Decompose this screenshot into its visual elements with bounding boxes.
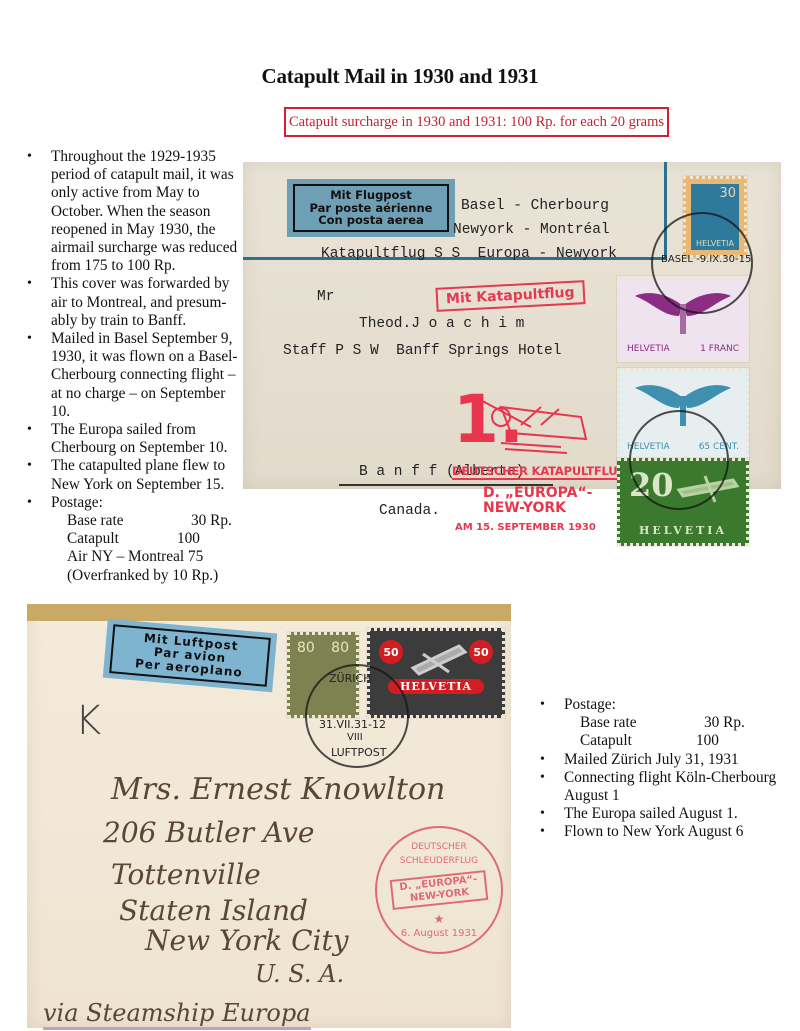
cachet-line: AM 15. SEPTEMBER 1930 [455, 522, 596, 533]
note-item: The catapulted plane flew to New York on… [27, 457, 245, 493]
address-line: Canada. [379, 503, 440, 519]
postage-table-1931: Base rate 30 Rp. Catapult 100 [580, 714, 790, 750]
handwritten-mark: K [75, 698, 101, 744]
blue-rule-vertical [664, 162, 667, 260]
postage-table-1930: Base rate 30 Rp. Catapult 100 Air NY – M… [67, 512, 245, 585]
address-line: Mrs. Ernest Knowlton [111, 772, 445, 807]
note-item: The Europa sailed from Cherbourg on Sept… [27, 421, 245, 457]
note-item: Mailed Zürich July 31, 1931 [540, 751, 790, 769]
postage-heading: Postage: [564, 696, 616, 713]
address-line: Mr [317, 289, 334, 305]
address-line: U. S. A. [255, 960, 344, 988]
postage-heading: Postage: [51, 494, 103, 511]
note-item: Flown to New York August 6 [540, 823, 790, 841]
postage-row: Base rate 30 Rp. [67, 512, 245, 530]
address-line: 206 Butler Ave [103, 816, 315, 849]
address-line: Staff P S W Banff Springs Hotel [283, 343, 561, 359]
postage-row: Air NY – Montreal 75 [67, 548, 245, 566]
postage-note: (Overfranked by 10 Rp.) [67, 567, 245, 585]
schleuderflug-cachet: DEUTSCHER SCHLEUDERFLUG D. „EUROPA“- NEW… [375, 826, 503, 954]
stamp-80: 80 80 [287, 632, 359, 718]
biplane-icon [409, 640, 469, 680]
stamp-50: 50 50 HELVETIA [367, 628, 505, 718]
note-item: Throughout the 1929-1935 period of catap… [27, 148, 245, 275]
cover-1931: Mit Luftpost Par avion Per aeroplano 80 … [27, 604, 511, 1028]
cover-1930: Mit Flugpost Par poste aérienne Con post… [243, 162, 781, 489]
note-item: This cover was forwarded by air to Montr… [27, 275, 245, 330]
stamp-65-cent: HELVETIA 65 CENT. [617, 368, 749, 460]
route-line: Basel - Cherbourg [461, 198, 609, 214]
note-item-postage: Postage: Base rate 30 Rp. Catapult 100 [540, 696, 790, 751]
postage-row: Base rate 30 Rp. [580, 714, 790, 732]
airmail-label: Mit Luftpost Par avion Per aeroplano [103, 619, 277, 693]
stamp-1-franc: HELVETIA 1 FRANC [617, 276, 749, 362]
note-item: The Europa sailed August 1. [540, 805, 790, 823]
address-line: Staten Island [119, 894, 308, 927]
address-line: Theod.J o a c h i m [359, 316, 524, 332]
notes-1931: Postage: Base rate 30 Rp. Catapult 100 M… [540, 696, 790, 842]
note-item: Mailed in Basel September 9, 1930, it wa… [27, 330, 245, 421]
plane-icon [471, 397, 591, 457]
cachet-line: NEW-YORK [483, 500, 566, 516]
routing-instruction: via Steamship Europa [43, 999, 311, 1030]
star-icon: ★ [377, 912, 501, 926]
stamp-30: 30 HELVETIA [683, 176, 747, 258]
route-line: Newyork - Montréal [453, 222, 610, 238]
postage-row: Catapult 100 [580, 732, 790, 750]
cachet-line: D. „EUROPA“- [483, 485, 592, 501]
cachet-line: DEUTSCHER KATAPULTFLUG [452, 464, 627, 480]
winged-figure-icon [633, 286, 733, 336]
note-item-postage: Postage: Base rate 30 Rp. Catapult 100 A… [27, 494, 245, 585]
stamp-20: 20 HELVETIA [617, 458, 749, 546]
envelope-flap [27, 604, 511, 621]
airplane-icon [675, 472, 741, 506]
cachet-rectangle: D. „EUROPA“- NEW-YORK [390, 870, 489, 910]
surcharge-note: Catapult surcharge in 1930 and 1931: 100… [284, 107, 669, 137]
address-line: Tottenville [111, 858, 261, 891]
route-line: Katapultflug S S Europa - Newyork [321, 246, 617, 262]
airmail-label: Mit Flugpost Par poste aérienne Con post… [287, 179, 455, 237]
winged-figure-icon [633, 378, 733, 428]
postage-row: Catapult 100 [67, 530, 245, 548]
note-item: Connecting flight Köln-Cherbourg August … [540, 769, 790, 805]
address-line: New York City [145, 924, 349, 957]
notes-1930: Throughout the 1929-1935 period of catap… [27, 148, 245, 585]
page-title: Catapult Mail in 1930 and 1931 [0, 64, 800, 89]
katapult-handstamp: Mit Katapultflug [435, 280, 585, 312]
